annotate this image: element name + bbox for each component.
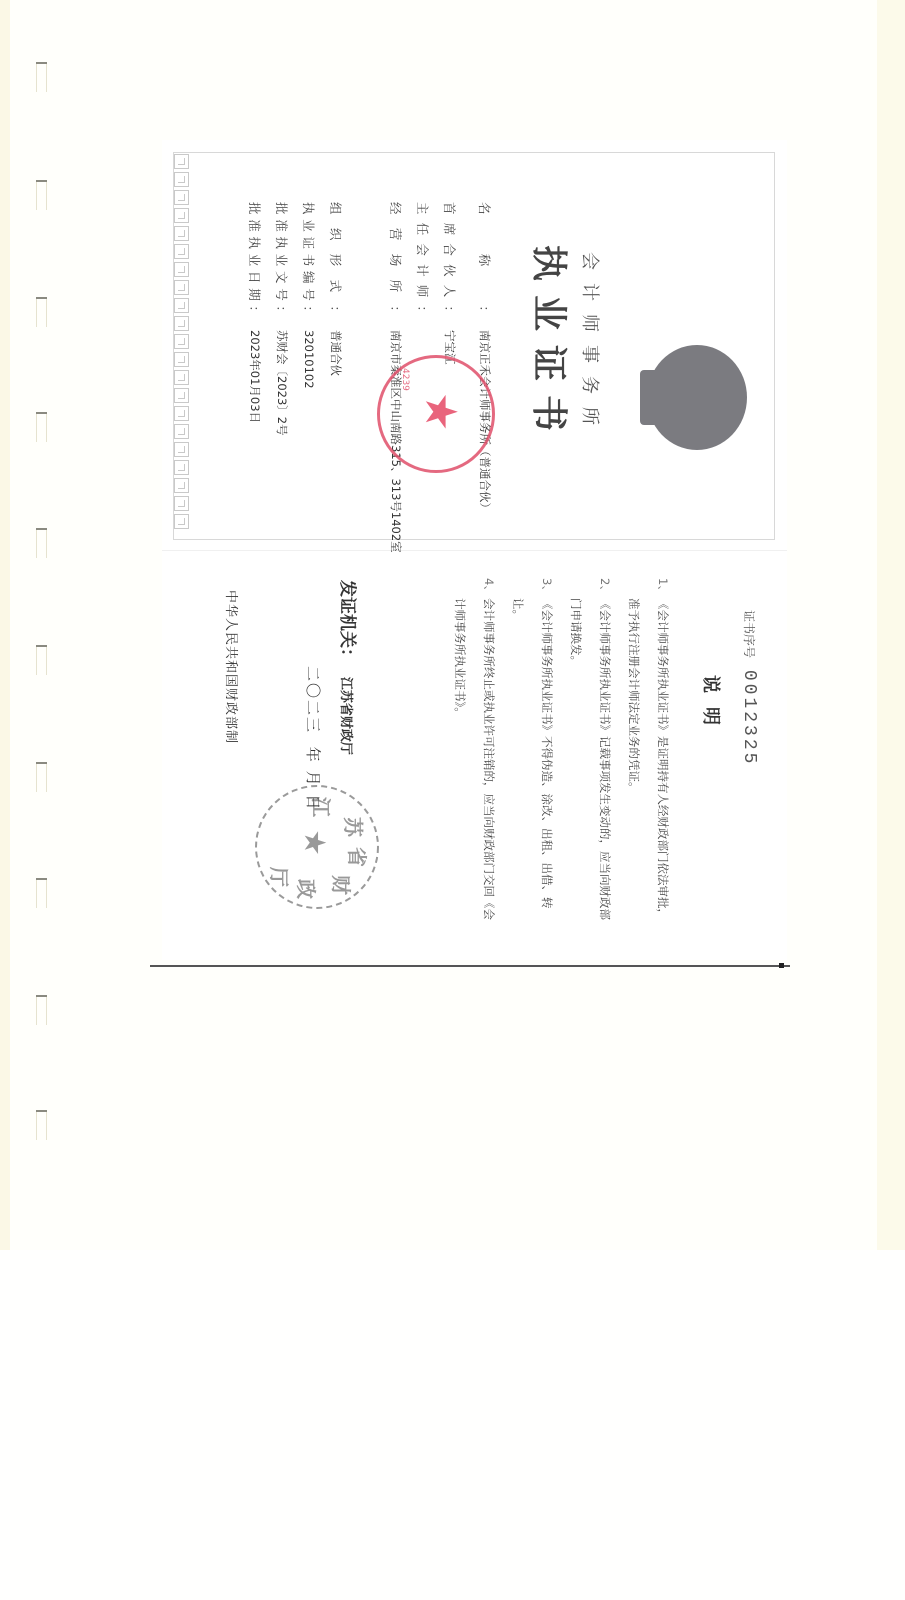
greek-key-tile bbox=[174, 496, 189, 511]
greek-key-tile bbox=[174, 352, 189, 367]
greek-key-tile bbox=[174, 514, 189, 529]
certificate-title: 执业证书 bbox=[526, 140, 577, 550]
binder-punch-mark bbox=[36, 995, 47, 1025]
binder-punch-mark bbox=[36, 297, 47, 327]
greek-key-tile bbox=[174, 406, 189, 421]
greek-key-tile bbox=[174, 280, 189, 295]
binder-punch-mark bbox=[36, 1110, 47, 1140]
greek-key-tile bbox=[174, 334, 189, 349]
issuing-authority: 发证机关： 江苏省财政厅 bbox=[337, 580, 362, 755]
binder-punch-mark bbox=[36, 412, 47, 442]
certificate-front-panel: 会计师事务所 执业证书 名称： 南京正禾会计师事务所（普通合伙） 首席合伙人： … bbox=[162, 140, 787, 551]
binder-punch-mark bbox=[36, 528, 47, 558]
notes-list: 1、 《会计师事务所执业证书》是证明持有人经财政部门依法审批，准予执行注册会计师… bbox=[445, 578, 677, 928]
field-certificate-number: 执业证书编号： 32010102 bbox=[296, 202, 323, 542]
blank-page-area bbox=[0, 1250, 905, 1600]
greek-key-tile bbox=[174, 244, 189, 259]
national-emblem-icon bbox=[647, 345, 747, 450]
certificate-serial: 证书序号 0012325 bbox=[739, 610, 759, 766]
field-approval-date: 批准执业日期： 2023年01月03日 bbox=[242, 202, 269, 542]
greek-key-tile bbox=[174, 370, 189, 385]
binder-punch-mark bbox=[36, 645, 47, 675]
greek-key-tile bbox=[174, 298, 189, 313]
notes-title: 说明 bbox=[699, 675, 725, 739]
greek-key-tile bbox=[174, 154, 189, 169]
greek-key-border-row bbox=[174, 154, 189, 529]
certificate-subtitle: 会计师事务所 bbox=[578, 140, 604, 550]
seal-star-icon: ★ bbox=[418, 392, 462, 431]
binder-punch-mark bbox=[36, 180, 47, 210]
greek-key-tile bbox=[174, 226, 189, 241]
firm-red-seal: ★ 4239 bbox=[377, 355, 495, 473]
ministry-footer: 中华人民共和国财政部制 bbox=[223, 590, 242, 744]
note-item: 4、 会计师事务所终止或执业许可注销的，应当向财政部门交回《会计师事务所执业证书… bbox=[445, 578, 503, 928]
issue-date: 二〇二三 年 月 日 bbox=[303, 660, 324, 811]
binder-punch-mark bbox=[36, 878, 47, 908]
greek-key-tile bbox=[174, 478, 189, 493]
greek-key-tile bbox=[174, 172, 189, 187]
binder-punch-mark bbox=[36, 62, 47, 92]
greek-key-tile bbox=[174, 190, 189, 205]
greek-key-tile bbox=[174, 388, 189, 403]
scanner-edge-right bbox=[877, 0, 905, 1250]
practice-certificate-scan: 会计师事务所 执业证书 名称： 南京正禾会计师事务所（普通合伙） 首席合伙人： … bbox=[162, 140, 787, 960]
greek-key-tile bbox=[174, 424, 189, 439]
greek-key-tile bbox=[174, 262, 189, 277]
note-item: 3、 《会计师事务所执业证书》不得伪造、涂改、出租、出借、转让。 bbox=[503, 578, 561, 928]
note-item: 2、 《会计师事务所执业证书》记载事项发生变动的，应当向财政部门申请换发。 bbox=[561, 578, 619, 928]
scan-edge-line bbox=[150, 965, 790, 967]
greek-key-tile bbox=[174, 442, 189, 457]
binder-punch-mark bbox=[36, 762, 47, 792]
greek-key-tile bbox=[174, 316, 189, 331]
field-organization-form: 组织形式： 普通合伙 bbox=[323, 202, 350, 542]
scan-corner-mark bbox=[779, 963, 784, 968]
field-approval-document: 批准执业文号： 苏财会〔2023〕2号 bbox=[269, 202, 296, 542]
note-item: 1、 《会计师事务所执业证书》是证明持有人经财政部门依法审批，准予执行注册会计师… bbox=[619, 578, 677, 928]
greek-key-tile bbox=[174, 460, 189, 475]
certificate-notes-panel: 证书序号 0012325 说明 1、 《会计师事务所执业证书》是证明持有人经财政… bbox=[162, 550, 787, 960]
scanner-edge-left bbox=[0, 0, 10, 1250]
greek-key-tile bbox=[174, 208, 189, 223]
